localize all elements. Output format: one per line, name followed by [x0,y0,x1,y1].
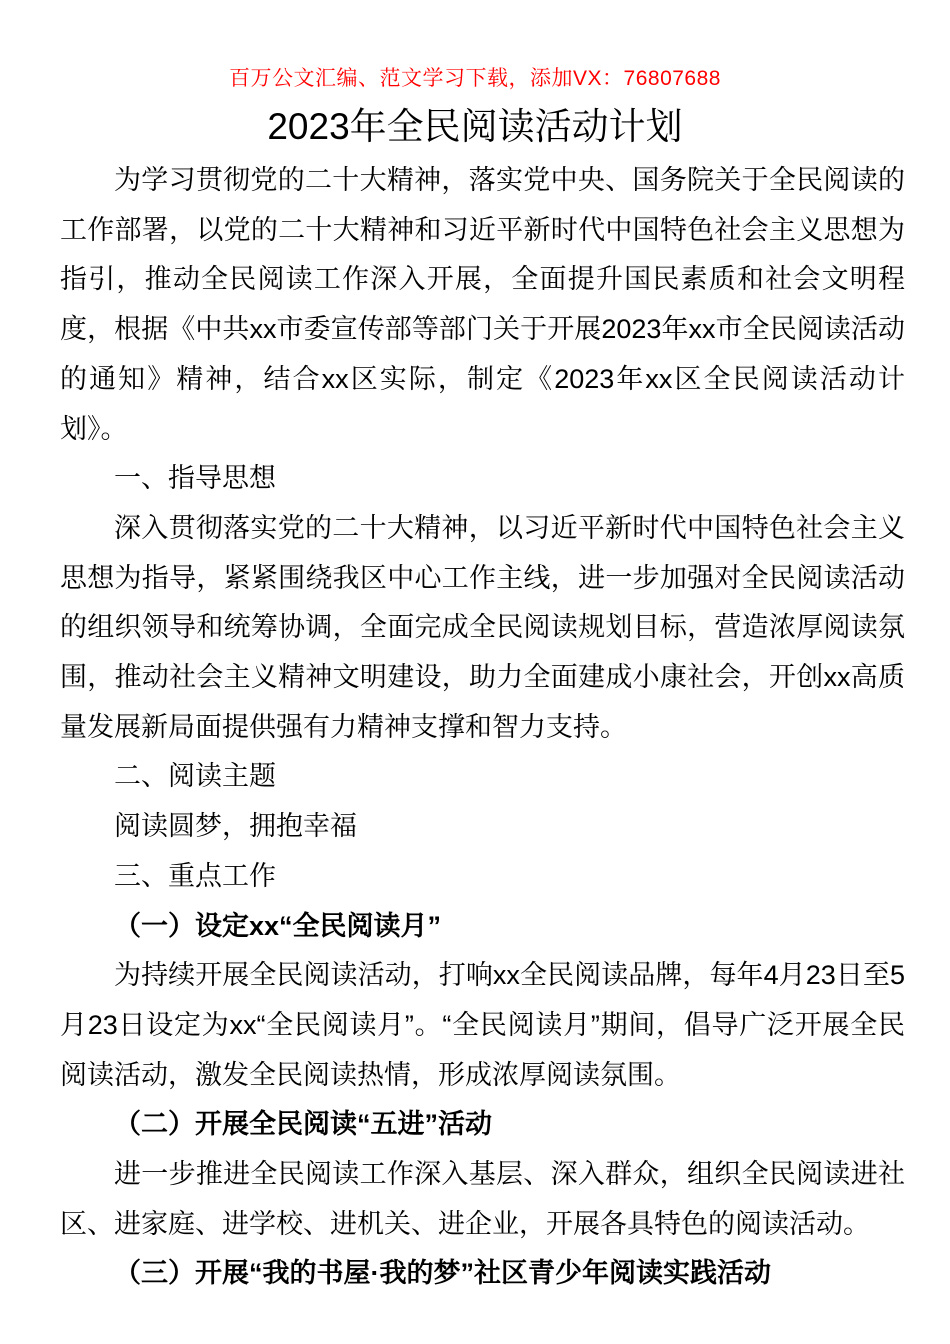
sub-heading: （二）开展全民阅读“五进”活动 [60,1100,905,1150]
section-heading: 一、指导思想 [60,454,905,504]
sub-heading: （一）设定xx“全民阅读月” [60,902,905,952]
watermark-note: 百万公文汇编、范文学习下载，添加VX：76807688 [0,64,950,94]
sub-heading: （三）开展“我的书屋·我的梦”社区青少年阅读实践活动 [60,1249,905,1299]
paragraph: 深入贯彻落实党的二十大精神，以习近平新时代中国特色社会主义思想为指导，紧紧围绕我… [60,504,905,753]
section-heading: 二、阅读主题 [60,752,905,802]
paragraph: 进一步推进全民阅读工作深入基层、深入群众，组织全民阅读进社区、进家庭、进学校、进… [60,1150,905,1249]
document-title: 2023年全民阅读活动计划 [0,102,950,152]
paragraph: 为持续开展全民阅读活动，打响xx全民阅读品牌，每年4月23日至5月23日设定为x… [60,951,905,1100]
paragraph: 为学习贯彻党的二十大精神，落实党中央、国务院关于全民阅读的工作部署，以党的二十大… [60,156,905,454]
document-body: 为学习贯彻党的二十大精神，落实党中央、国务院关于全民阅读的工作部署，以党的二十大… [60,156,905,1299]
document-page: 百万公文汇编、范文学习下载，添加VX：76807688 2023年全民阅读活动计… [0,0,950,1344]
paragraph: 阅读圆梦，拥抱幸福 [60,802,905,852]
section-heading: 三、重点工作 [60,852,905,902]
